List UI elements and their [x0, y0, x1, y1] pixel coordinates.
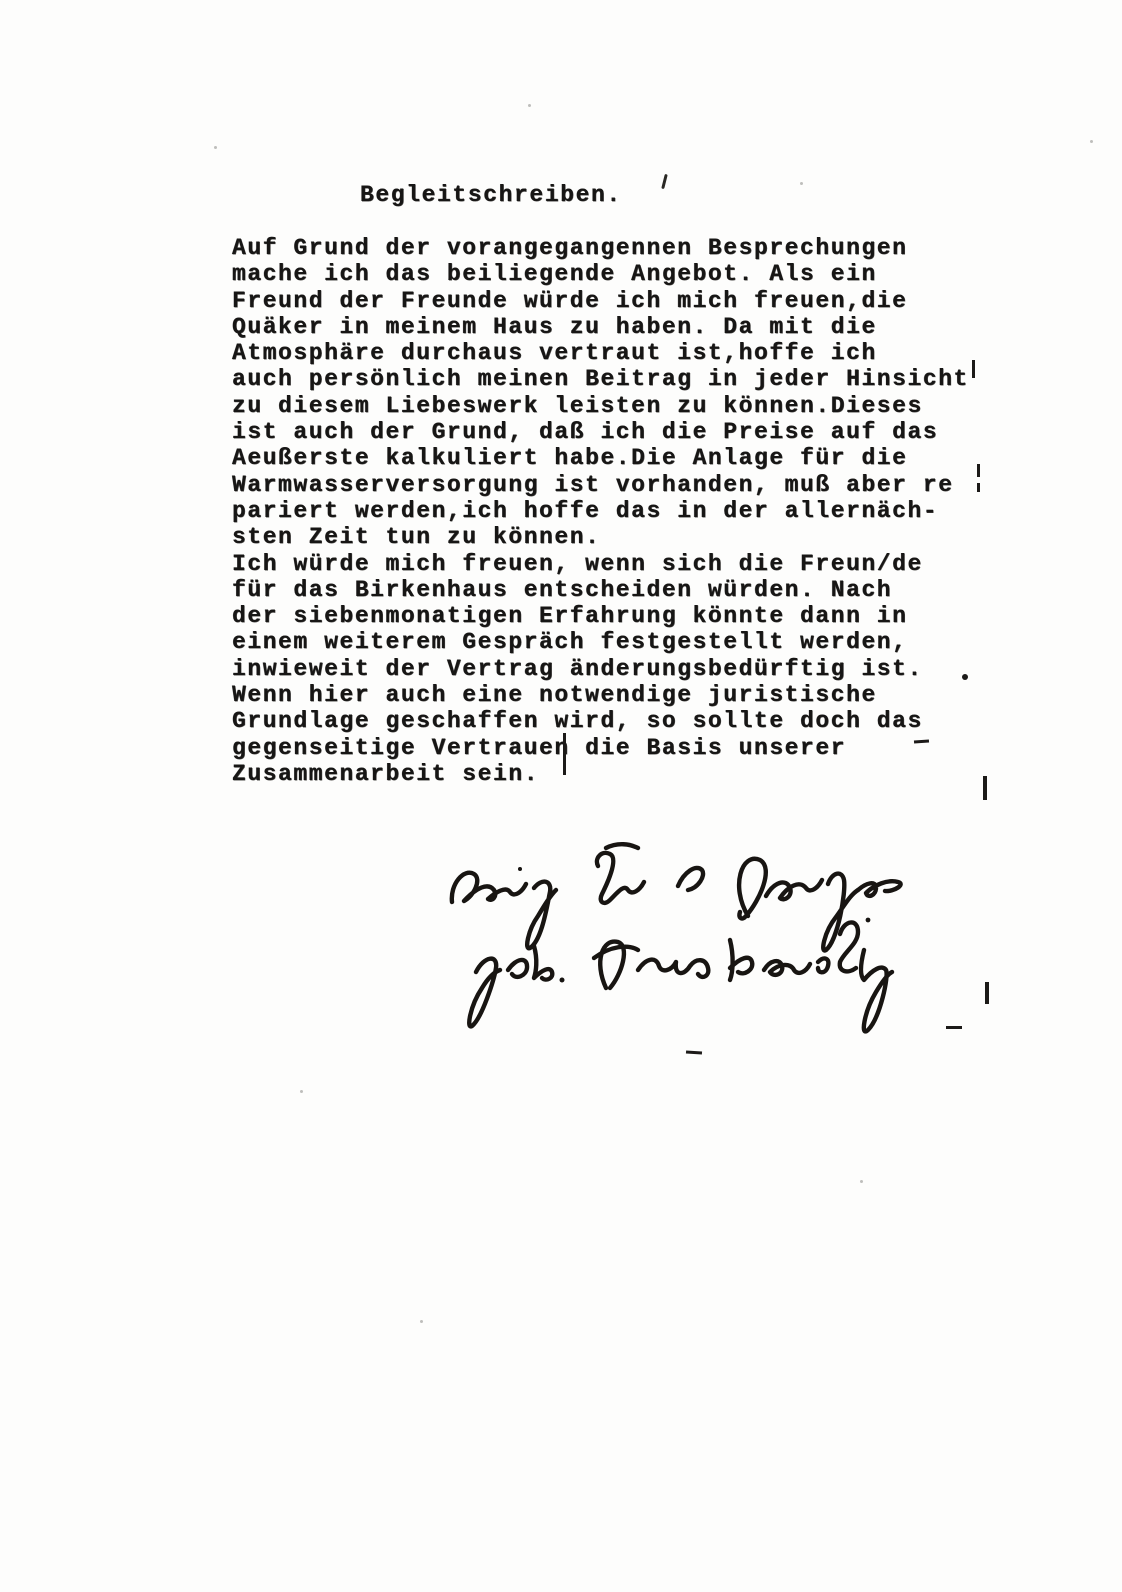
letter-text-line: für das Birkenhaus entscheiden würden. N…: [232, 577, 1032, 603]
edge-ink-stroke: [985, 982, 989, 1004]
edge-cutoff-mark: [977, 483, 980, 492]
letter-text-line: Ich würde mich freuen, wenn sich die Fre…: [232, 551, 1032, 577]
letter-text-line: Auf Grund der vorangegangennen Besprechu…: [232, 235, 1032, 261]
letter-text-line: Zusammenarbeit sein.: [232, 761, 1032, 787]
scan-speck: [1090, 140, 1093, 143]
signature-line2: [469, 922, 892, 1031]
letter-text-line: auch persönlich meinen Beitrag in jeder …: [232, 366, 1032, 392]
edge-cutoff-mark: [977, 464, 980, 477]
letter-text-line: Wenn hier auch eine notwendige juristisc…: [232, 682, 1032, 708]
pen-insert-stroke: [563, 733, 566, 775]
stray-dot: [962, 674, 968, 680]
letter-text-line: Grundlage geschaffen wird, so sollte doc…: [232, 708, 1032, 734]
scan-speck: [214, 146, 217, 149]
scan-speck: [528, 104, 531, 107]
scan-speck: [860, 1180, 863, 1183]
letter-text-line: mache ich das beiliegende Angebot. Als e…: [232, 261, 1032, 287]
letter-text-line: Atmosphäre durchaus vertraut ist,hoffe i…: [232, 340, 1032, 366]
signature-line1: [452, 844, 901, 950]
letter-text-line: gegenseitige Vertrauen die Basis unserer: [232, 735, 1032, 761]
letter-text-line: der siebenmonatigen Erfahrung könnte dan…: [232, 603, 1032, 629]
edge-cutoff-mark: [972, 360, 975, 378]
letter-text-line: einem weiterem Gespräch festgestellt wer…: [232, 629, 1032, 655]
letter-text-line: inwieweit der Vertrag änderungsbedürftig…: [232, 656, 1032, 682]
letter-text-line: sten Zeit tun zu können.: [232, 524, 1032, 550]
scan-speck: [800, 182, 803, 185]
letter-text-line: Warmwasserversorgung ist vorhanden, muß …: [232, 472, 1032, 498]
scanned-letter-page: Begleitschreiben. Auf Grund der vorangeg…: [0, 0, 1122, 1592]
stray-dash: [686, 1050, 702, 1054]
handwritten-signature: [430, 822, 930, 1052]
letter-text-line: Freund der Freunde würde ich mich freuen…: [232, 288, 1032, 314]
letter-text-line: zu diesem Liebeswerk leisten zu können.D…: [232, 393, 1032, 419]
letter-text-line: ist auch der Grund, daß ich die Preise a…: [232, 419, 1032, 445]
letter-body: Begleitschreiben. Auf Grund der vorangeg…: [232, 182, 1032, 787]
letter-text-line: Quäker in meinem Haus zu haben. Da mit d…: [232, 314, 1032, 340]
letter-title: Begleitschreiben.: [360, 182, 1032, 208]
letter-text-line: Aeußerste kalkuliert habe.Die Anlage für…: [232, 445, 1032, 471]
scan-speck: [420, 1320, 423, 1323]
stray-dash: [946, 1026, 962, 1029]
scan-speck: [300, 1090, 303, 1093]
letter-text: Auf Grund der vorangegangennen Besprechu…: [232, 235, 1032, 787]
letter-text-line: pariert werden,ich hoffe das in der alle…: [232, 498, 1032, 524]
edge-ink-stroke: [983, 776, 987, 800]
